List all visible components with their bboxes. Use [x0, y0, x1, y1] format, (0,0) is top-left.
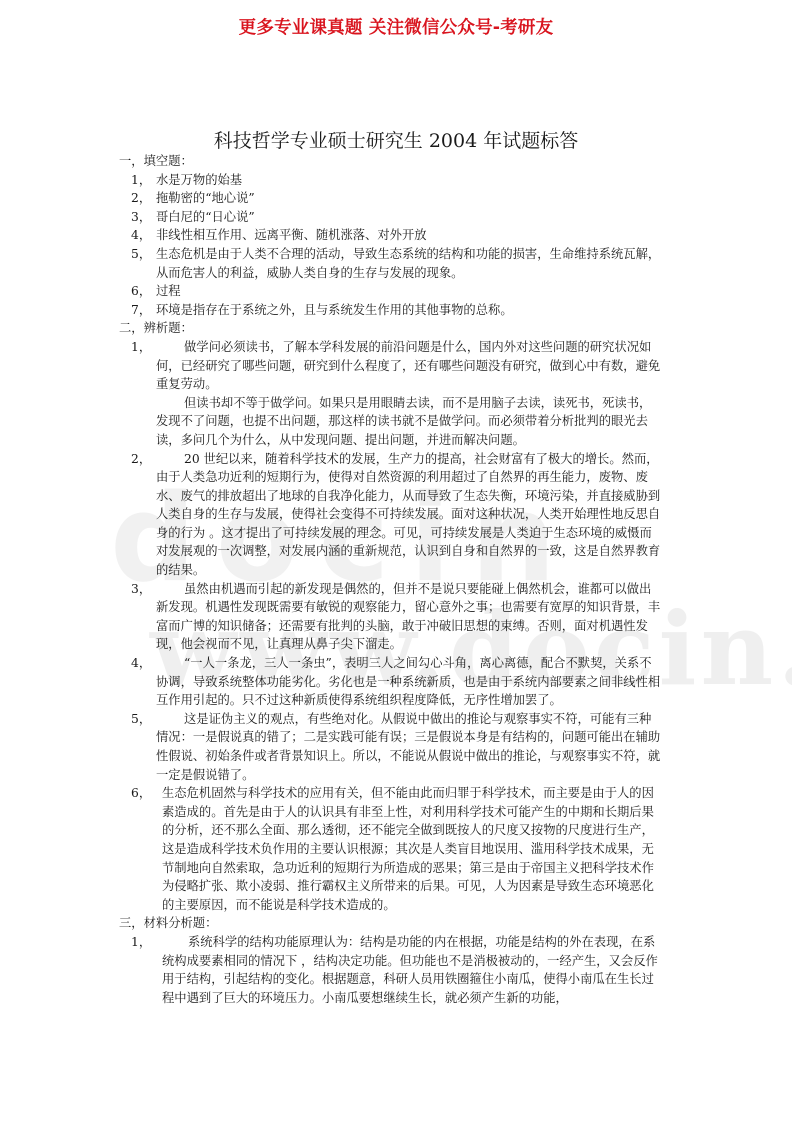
item-text: 生态危机固然与科学技术的应用有关，但不能由此而归罪于科学技术，而主要是由于人的因…	[156, 784, 661, 914]
item-number: 6，	[131, 784, 151, 803]
answer-item: 5，生态危机是由于人类不合理的活动，导致生态系统的结构和功能的损害，生命维持系统…	[131, 245, 661, 282]
answer-item: 4，“一人一条龙，三人一条虫”，表明三人之间勾心斗角，离心离德，配合不默契，关系…	[131, 654, 661, 710]
item-number: 6，	[131, 282, 151, 301]
answer-item: 1，做学问必须读书，了解本学科发展的前沿问题是什么，国内外对这些问题的研究状况如…	[131, 338, 661, 450]
answer-item: 6，过程	[131, 282, 661, 301]
item-text-continued: 但读书却不等于做学问。如果只是用眼睛去读，而不是用脑子去读，读死书，死读书，发现…	[156, 394, 661, 450]
item-number: 2，	[131, 189, 151, 208]
answer-item: 1，水是万物的始基	[131, 171, 661, 190]
item-text: 20 世纪以来，随着科学技术的发展，生产力的提高，社会财富有了极大的增长。然而，…	[156, 450, 661, 580]
item-text: 这是证伪主义的观点，有些绝对化。从假说中做出的推论与观察事实不符，可能有三种情况…	[156, 710, 661, 784]
answer-item: 7，环境是指存在于系统之外，且与系统发生作用的其他事物的总称。	[131, 301, 661, 320]
item-number: 1，	[131, 933, 151, 952]
section-heading: 二，辨析题：	[119, 319, 661, 338]
answer-item: 3，哥白尼的“日心说”	[131, 208, 661, 227]
item-number: 3，	[131, 580, 151, 599]
item-text: 虽然由机遇而引起的新发现是偶然的，但并不是说只要能碰上偶然机会，谁都可以做出新发…	[156, 580, 661, 654]
item-number: 4，	[131, 226, 151, 245]
item-text: “一人一条龙，三人一条虫”，表明三人之间勾心斗角，离心离德，配合不默契，关系不协…	[156, 654, 661, 710]
item-text: 做学问必须读书，了解本学科发展的前沿问题是什么，国内外对这些问题的研究状况如何，…	[156, 338, 661, 394]
document-body: 一，填空题： 1，水是万物的始基 2，拖勒密的“地心说” 3，哥白尼的“日心说”…	[131, 152, 661, 1007]
item-number: 3，	[131, 208, 151, 227]
answer-item: 5，这是证伪主义的观点，有些绝对化。从假说中做出的推论与观察事实不符，可能有三种…	[131, 710, 661, 784]
document-title: 科技哲学专业硕士研究生 2004 年试题标答	[0, 126, 792, 153]
item-text: 系统科学的结构功能原理认为：结构是功能的内在根据，功能是结构的外在表现，在系统构…	[156, 933, 661, 1007]
item-number: 5，	[131, 245, 151, 264]
answer-item: 2，拖勒密的“地心说”	[131, 189, 661, 208]
answer-item: 6，生态危机固然与科学技术的应用有关，但不能由此而归罪于科学技术，而主要是由于人…	[131, 784, 661, 914]
item-number: 5，	[131, 710, 151, 729]
answer-item: 3，虽然由机遇而引起的新发现是偶然的，但并不是说只要能碰上偶然机会，谁都可以做出…	[131, 580, 661, 654]
item-number: 4，	[131, 654, 151, 673]
item-text: 非线性相互作用、远离平衡、随机涨落、对外开放	[156, 228, 427, 242]
answer-item: 4，非线性相互作用、远离平衡、随机涨落、对外开放	[131, 226, 661, 245]
section-heading: 三，材料分析题：	[119, 914, 661, 933]
item-text: 拖勒密的“地心说”	[156, 191, 255, 205]
item-number: 1，	[131, 338, 151, 357]
section-material-analysis: 三，材料分析题： 1，系统科学的结构功能原理认为：结构是功能的内在根据，功能是结…	[131, 914, 661, 1007]
item-number: 2，	[131, 450, 151, 469]
item-text: 水是万物的始基	[156, 173, 242, 187]
section-fill-blank: 一，填空题： 1，水是万物的始基 2，拖勒密的“地心说” 3，哥白尼的“日心说”…	[131, 152, 661, 319]
item-text: 哥白尼的“日心说”	[156, 210, 255, 224]
answer-item: 1，系统科学的结构功能原理认为：结构是功能的内在根据，功能是结构的外在表现，在系…	[131, 933, 661, 1007]
item-text: 环境是指存在于系统之外，且与系统发生作用的其他事物的总称。	[156, 303, 513, 317]
section-heading: 一，填空题：	[119, 152, 661, 171]
item-number: 7，	[131, 301, 151, 320]
answer-item: 2，20 世纪以来，随着科学技术的发展，生产力的提高，社会财富有了极大的增长。然…	[131, 450, 661, 580]
item-text: 过程	[156, 284, 181, 298]
section-analysis: 二，辨析题： 1，做学问必须读书，了解本学科发展的前沿问题是什么，国内外对这些问…	[131, 319, 661, 914]
item-number: 1，	[131, 171, 151, 190]
promo-banner: 更多专业课真题 关注微信公众号-考研友	[0, 14, 792, 39]
item-text: 生态危机是由于人类不合理的活动，导致生态系统的结构和功能的损害，生命维持系统瓦解…	[156, 245, 661, 282]
